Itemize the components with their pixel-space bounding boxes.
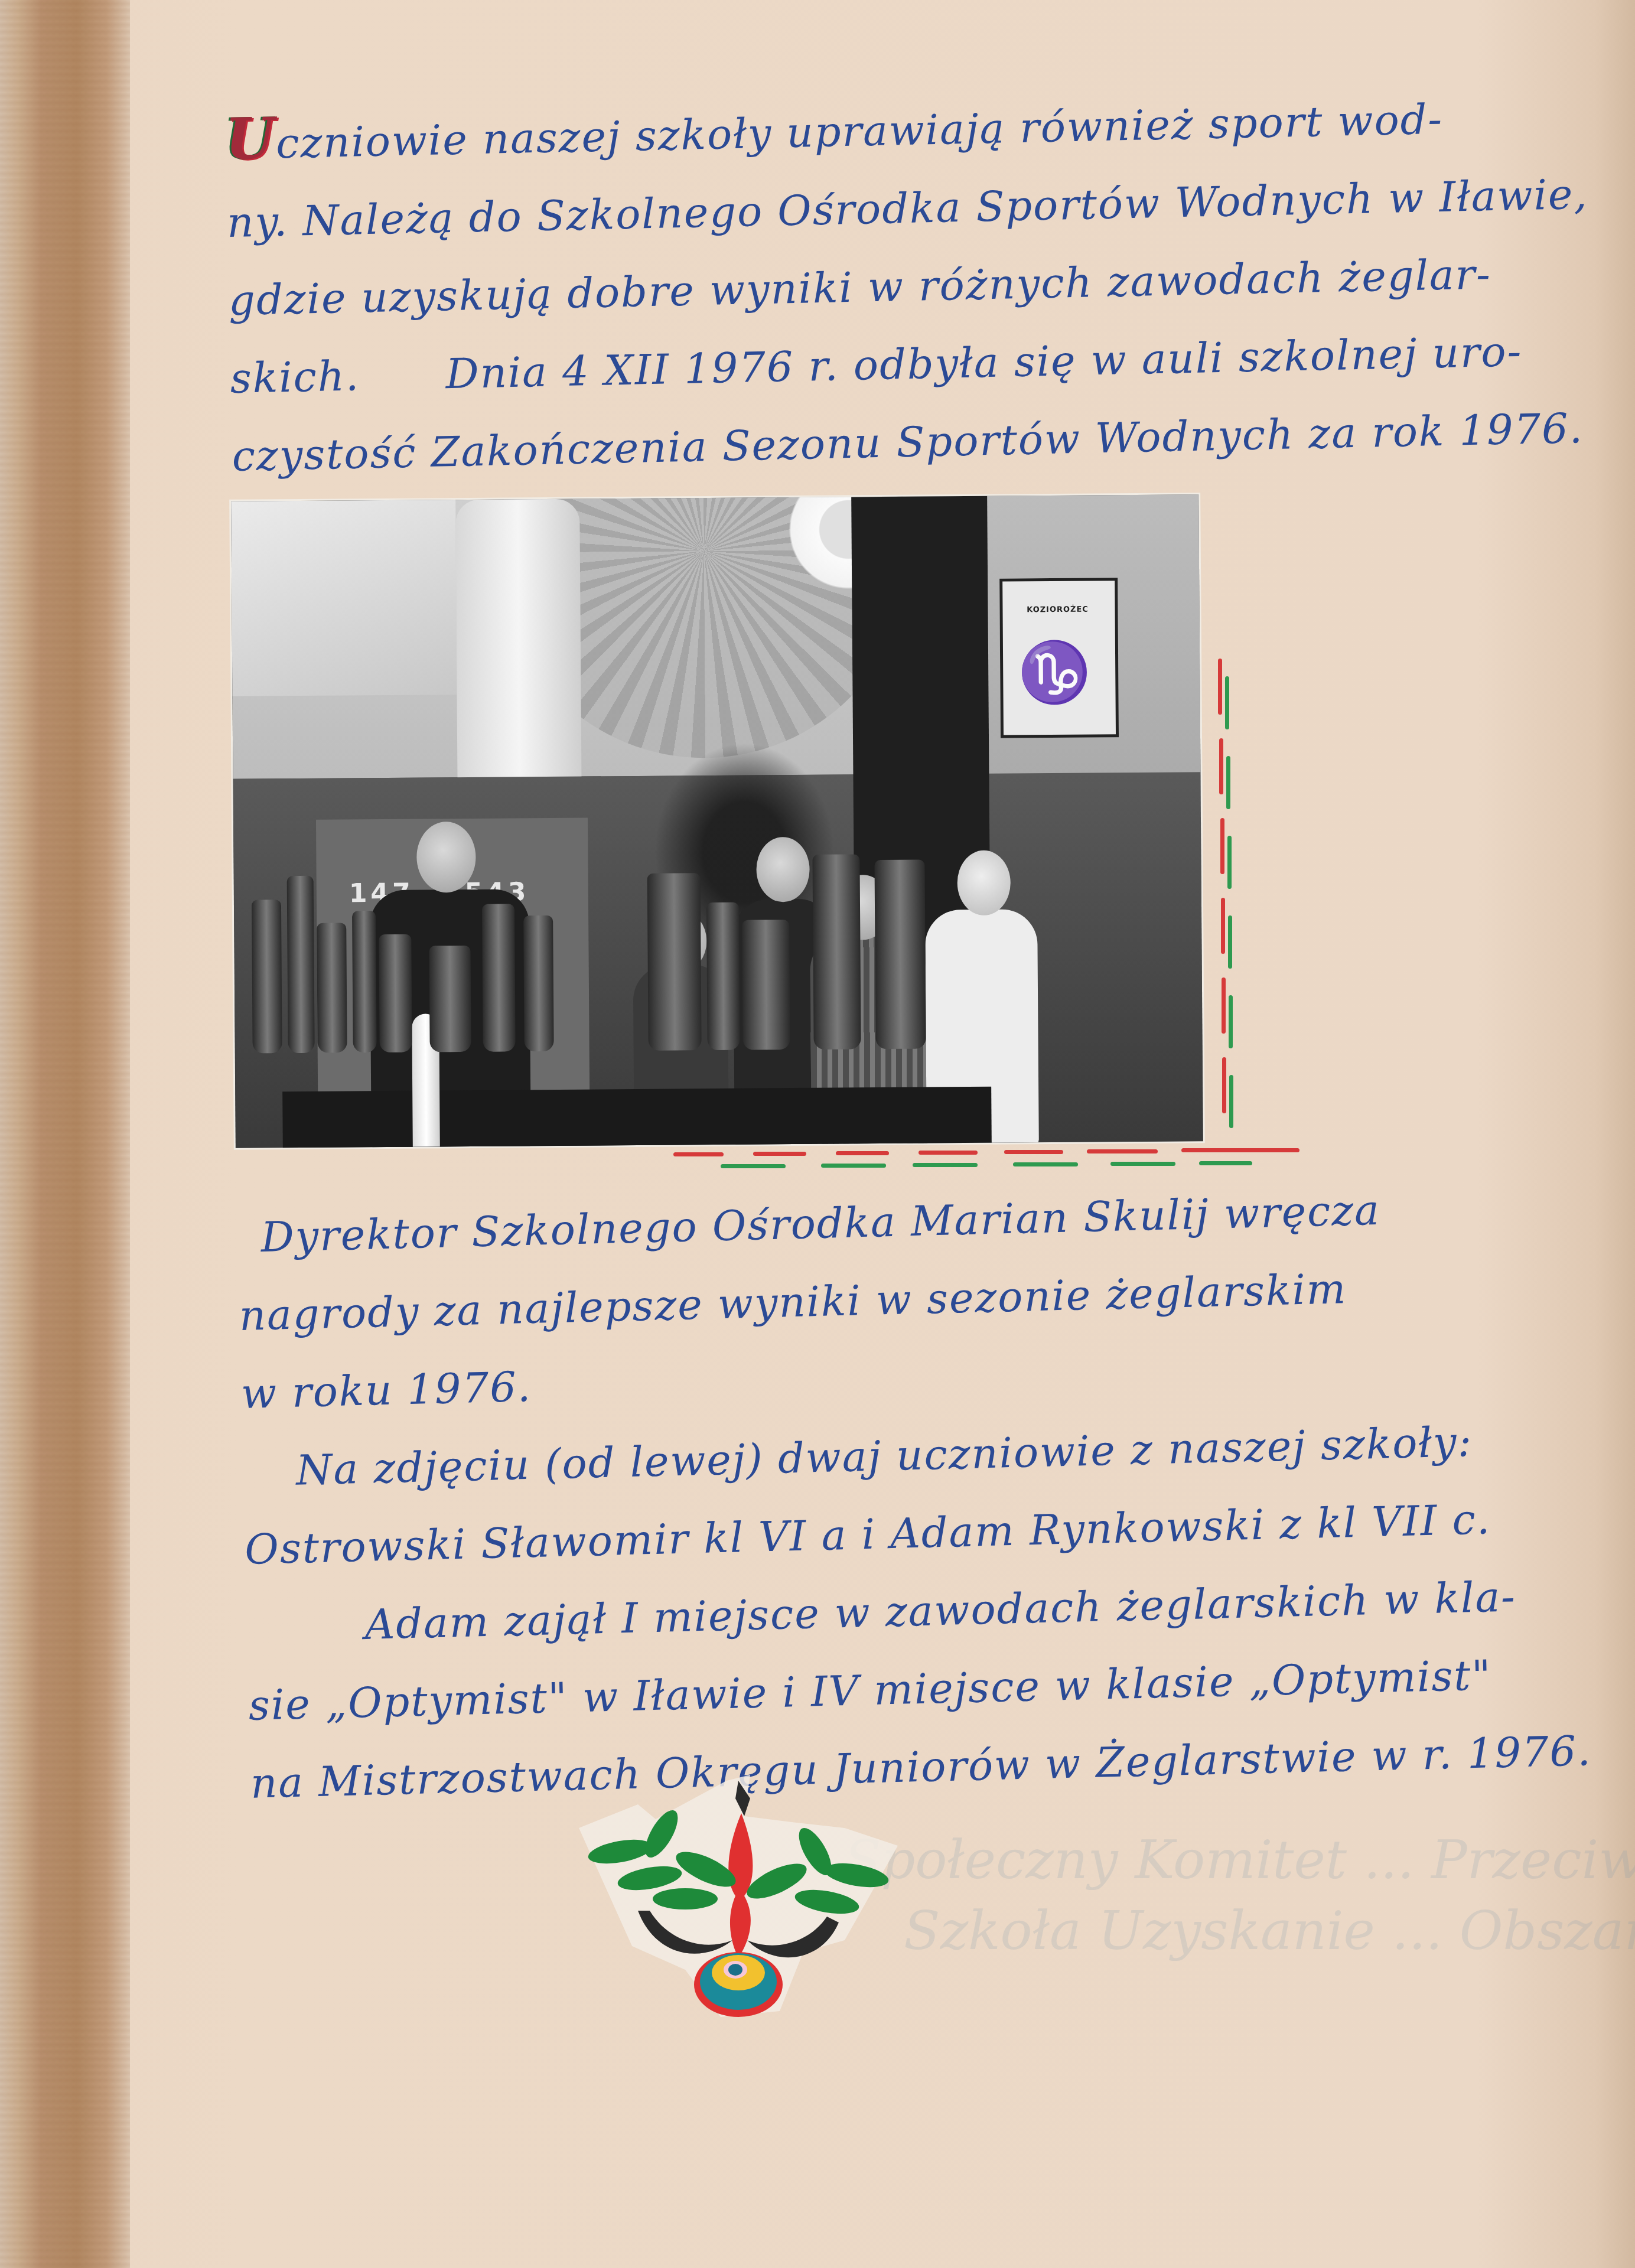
- green-dash: [1227, 836, 1232, 889]
- head: [957, 850, 1011, 916]
- red-dash: [753, 1152, 806, 1156]
- red-dash: [1218, 659, 1222, 715]
- red-dash: [1181, 1148, 1299, 1152]
- red-dash: [673, 1152, 724, 1156]
- red-dash: [1220, 818, 1224, 874]
- glass-vase: [317, 923, 347, 1052]
- drop-cap: U: [224, 105, 276, 172]
- glass-vase: [812, 854, 861, 1050]
- green-dash: [1229, 1075, 1233, 1128]
- intro-line-text: czniowie naszej szkoły uprawiają również…: [275, 95, 1443, 168]
- red-dash: [1221, 898, 1225, 954]
- glass-vase: [523, 915, 554, 1051]
- chronicle-page: Społeczny Komitet ... Przeciwalkoholowy …: [0, 0, 1635, 2268]
- bust-sculpture: [455, 499, 582, 813]
- red-dash: [919, 1151, 978, 1155]
- green-dash: [1225, 676, 1229, 729]
- drape: [231, 500, 457, 696]
- green-dash: [821, 1164, 886, 1168]
- red-dash: [836, 1151, 889, 1155]
- green-dash: [1226, 756, 1230, 809]
- green-dash: [1110, 1162, 1175, 1166]
- prize-table: [282, 1087, 992, 1148]
- glass-vase: [874, 860, 926, 1050]
- glass-vase: [647, 873, 702, 1051]
- green-dash: [721, 1164, 786, 1168]
- green-dash: [1229, 995, 1233, 1048]
- red-dash: [1087, 1149, 1158, 1153]
- red-dash: [1219, 738, 1223, 794]
- papercut-bird-icon: [567, 1763, 910, 2017]
- red-dash: [1222, 1057, 1226, 1113]
- glass-vase: [287, 876, 315, 1053]
- glass-vase: [252, 900, 282, 1053]
- frame-label: KOZIOROŻEC: [1010, 605, 1105, 614]
- head: [416, 822, 476, 893]
- glass-vase: [706, 902, 740, 1050]
- glass-vase: [352, 911, 377, 1052]
- caption-paragraph: Dyrektor Szkolnego Ośrodka Marian Skulij…: [236, 1166, 1586, 1823]
- red-dash: [1004, 1150, 1063, 1154]
- goat-icon: ♑: [1018, 631, 1089, 715]
- glass-vase: [429, 946, 471, 1052]
- glass-vase: [482, 904, 516, 1051]
- green-dash: [1013, 1162, 1078, 1166]
- red-dash: [1222, 977, 1226, 1034]
- head: [756, 837, 810, 902]
- photograph: KOZIOROŻEC ♑ 147_ 1543: [231, 494, 1203, 1148]
- green-dash: [1199, 1161, 1252, 1165]
- green-dash: [913, 1163, 978, 1167]
- glass-vase: [742, 920, 790, 1050]
- green-dash: [1228, 915, 1232, 969]
- glass-vase: [379, 934, 412, 1052]
- intro-paragraph: Uczniowie naszej szkoły uprawiają równie…: [224, 71, 1608, 496]
